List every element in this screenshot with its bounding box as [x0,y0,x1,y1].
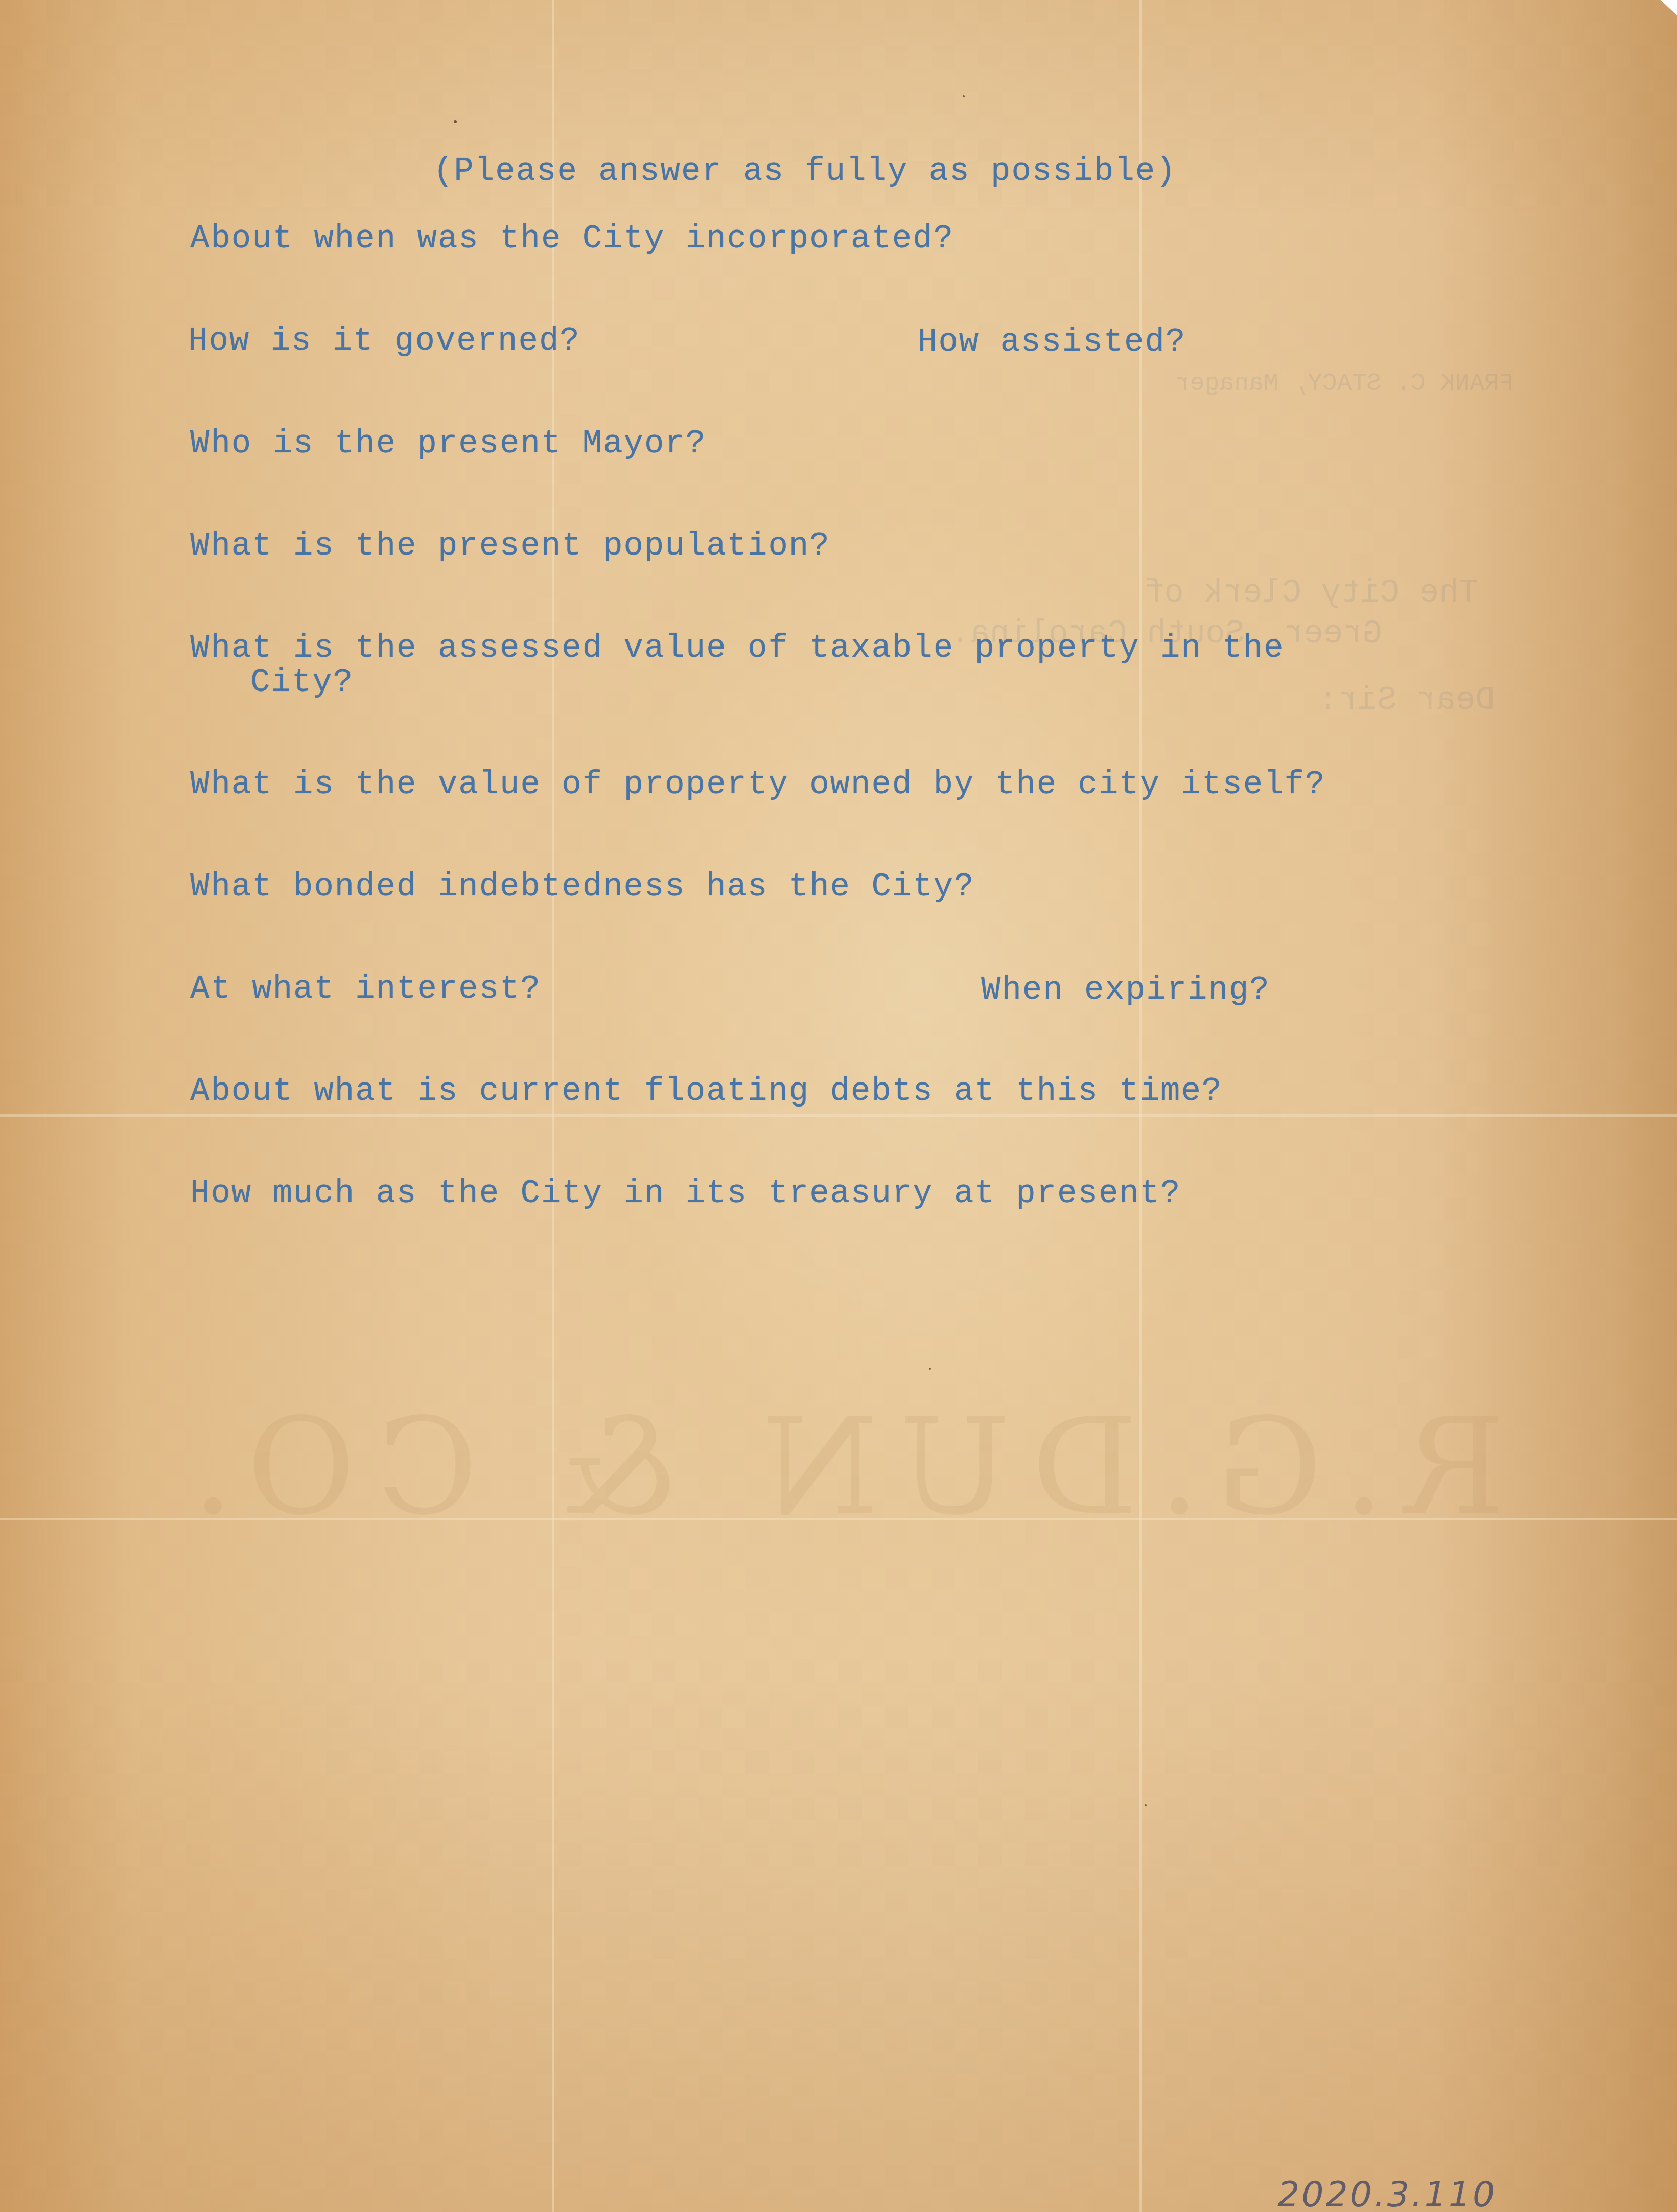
question-interest: At what interest? [190,971,541,1008]
question-assessed-value-continuation: City? [250,664,354,701]
questionnaire: (Please answer as fully as possible) Abo… [0,0,1677,2212]
question-city-property: What is the value of property owned by t… [190,767,1325,803]
ink-speck [1145,1804,1147,1806]
question-mayor: Who is the present Mayor? [190,426,706,463]
catalog-number: 2020.3.110 [1277,2175,1497,2212]
question-assisted: How assisted? [918,324,1186,361]
question-incorporated: About when was the City incorporated? [190,221,954,258]
question-assessed-value: What is the assessed value of taxable pr… [190,630,1285,667]
question-expiring: When expiring? [981,972,1270,1009]
ink-speck [963,95,965,97]
question-bonded-debt: What bonded indebtedness has the City? [190,869,974,906]
question-governed: How is it governed? [188,323,580,360]
ink-speck [454,120,457,123]
ink-speck [929,1368,931,1370]
question-floating-debts: About what is current floating debts at … [190,1073,1222,1110]
question-population: What is the present population? [190,528,830,565]
question-treasury: How much as the City in its treasury at … [190,1176,1181,1212]
instruction-text: (Please answer as fully as possible) [433,153,1177,190]
